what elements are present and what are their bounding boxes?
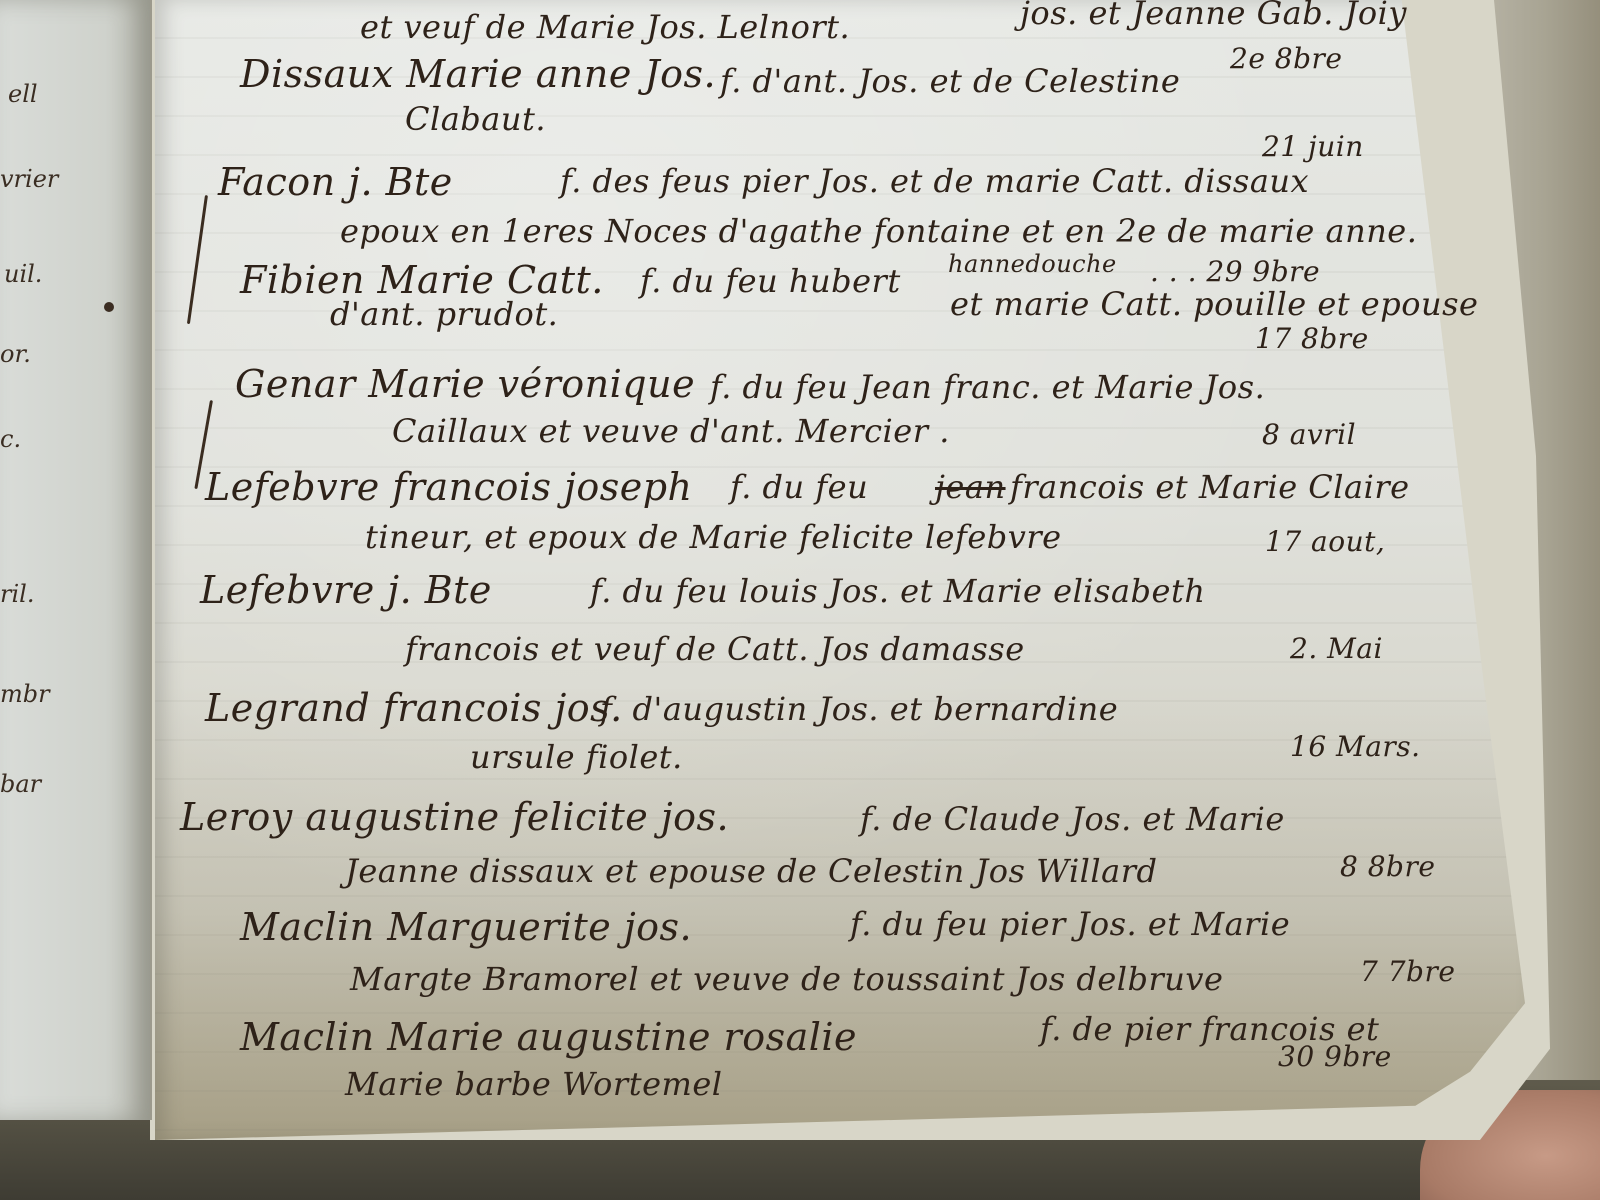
entry-date: 17 aout, xyxy=(1265,525,1385,558)
entry-name: Dissaux Marie anne Jos. xyxy=(240,52,716,96)
entry-date: 30 9bre xyxy=(1278,1040,1392,1073)
entry-date: 16 Mars. xyxy=(1290,730,1421,763)
entry-date: 8 avril xyxy=(1262,418,1356,451)
entry-parents: f. de Claude Jos. et Marie xyxy=(860,800,1285,838)
entry-name: Maclin Marguerite jos. xyxy=(240,905,692,949)
entry-continuation: Clabaut. xyxy=(405,100,546,138)
entry-continuation: d'ant. prudot. xyxy=(330,295,558,333)
entry-parents: f. du feu Jean franc. et Marie Jos. xyxy=(710,368,1265,406)
entry-name: Leroy augustine felicite jos. xyxy=(180,795,729,839)
entry-name: Maclin Marie augustine rosalie xyxy=(240,1015,857,1059)
entry-continuation: Jeanne dissaux et epouse de Celestin Jos… xyxy=(345,852,1158,890)
entry-continuation: Margte Bramorel et veuve de toussaint Jo… xyxy=(350,960,1223,998)
entry-parents-cont: francois et Marie Claire xyxy=(1010,468,1410,506)
entry-date: 17 8bre xyxy=(1255,322,1369,355)
entry-parents: f. du feu xyxy=(730,468,868,506)
entry-continuation: Caillaux et veuve d'ant. Mercier . xyxy=(392,412,950,450)
entry-name: Lefebvre francois joseph xyxy=(205,465,693,509)
entry-parents: f. du feu hubert xyxy=(640,262,901,300)
entry-parents: f. du feu louis Jos. et Marie elisabeth xyxy=(590,572,1205,610)
ink-blot xyxy=(104,302,114,312)
entry-date: . . . 29 9bre xyxy=(1150,255,1320,288)
entry-continuation: Marie barbe Wortemel xyxy=(345,1065,723,1103)
left-page-fragment: bar xyxy=(0,770,41,798)
carryover-line: et veuf de Marie Jos. Lelnort. xyxy=(360,8,850,46)
entry-date: 8 8bre xyxy=(1340,850,1435,883)
left-page-fragment: mbr xyxy=(0,680,50,708)
entry-continuation: epoux en 1eres Noces d'agathe fontaine e… xyxy=(340,212,1417,250)
entry-name: Genar Marie véronique xyxy=(235,362,695,406)
entry-date: 2. Mai xyxy=(1290,632,1383,665)
entry-name: Legrand francois jos. xyxy=(205,686,623,730)
entry-date: 2e 8bre xyxy=(1230,42,1342,75)
entry-parents: f. d'ant. Jos. et de Celestine xyxy=(720,62,1180,100)
entry-name: Lefebvre j. Bte xyxy=(200,568,492,612)
carryover-line: jos. et Jeanne Gab. Joiy xyxy=(1020,0,1407,32)
entry-date: 7 7bre xyxy=(1360,955,1455,988)
photo-scene: 9bre e e e ell vrier uil. or. c. ril. mb… xyxy=(0,0,1600,1200)
entry-date: 21 juin xyxy=(1262,130,1364,163)
entry-continuation: ursule fiolet. xyxy=(470,738,683,776)
entry-name: Facon j. Bte xyxy=(218,160,453,204)
left-page-fragment: uil. xyxy=(4,260,42,288)
struck-word: jean xyxy=(935,468,1006,506)
left-page-fragment: ell xyxy=(8,80,38,108)
entry-insertion: hannedouche xyxy=(948,250,1117,278)
left-page: ell vrier uil. or. c. ril. mbr bar xyxy=(0,0,152,1120)
entry-continuation: tineur, et epoux de Marie felicite lefeb… xyxy=(365,518,1062,556)
left-page-fragment: ril. xyxy=(0,580,34,608)
entry-parents: f. d'augustin Jos. et bernardine xyxy=(600,690,1118,728)
entry-parents: f. des feus pier Jos. et de marie Catt. … xyxy=(560,162,1309,200)
left-page-fragment: or. xyxy=(0,340,31,368)
left-page-fragment: vrier xyxy=(0,165,58,193)
entry-parents-cont: et marie Catt. pouille et epouse xyxy=(950,285,1478,323)
left-page-fragment: c. xyxy=(0,425,21,453)
entry-parents: f. du feu pier Jos. et Marie xyxy=(850,905,1290,943)
entry-continuation: francois et veuf de Catt. Jos damasse xyxy=(405,630,1025,668)
